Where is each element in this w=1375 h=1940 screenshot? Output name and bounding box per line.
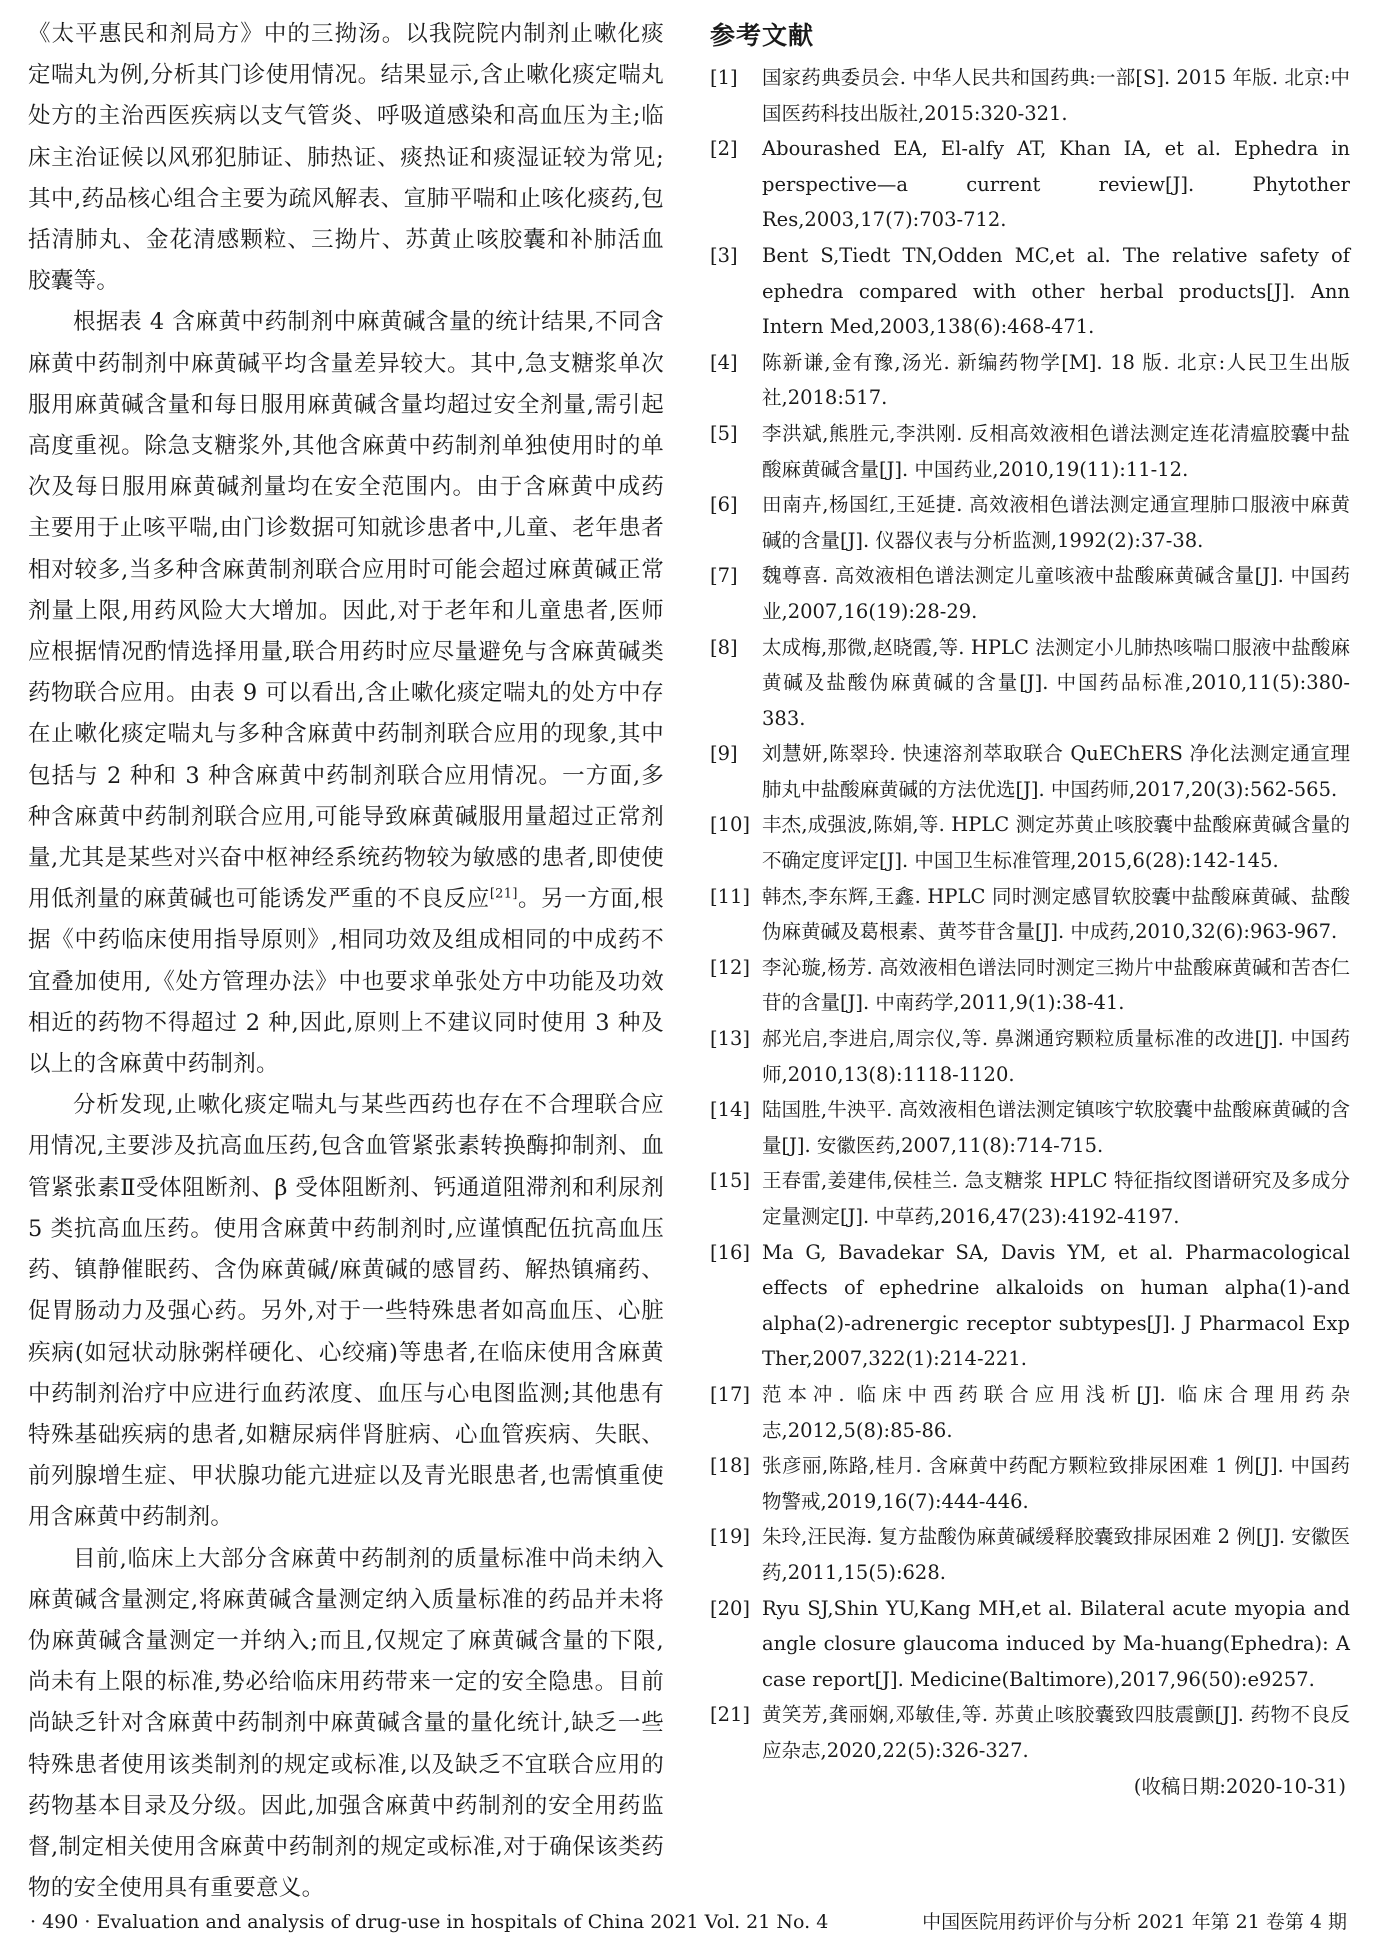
reference-text: 田南卉,杨国红,王延捷. 高效液相色谱法测定通宣理肺口服液中麻黄碱的含量[J].…: [762, 487, 1350, 558]
reference-item: [14]陆国胜,牛泱平. 高效液相色谱法测定镇咳宁软胶囊中盐酸麻黄碱的含量[J]…: [700, 1092, 1350, 1163]
reference-item: [13]郝光启,李进启,周宗仪,等. 鼻渊通窍颗粒质量标准的改进[J]. 中国药…: [700, 1021, 1350, 1092]
reference-number: [18]: [700, 1448, 762, 1519]
reference-number: [6]: [700, 487, 762, 558]
reference-text: 陆国胜,牛泱平. 高效液相色谱法测定镇咳宁软胶囊中盐酸麻黄碱的含量[J]. 安徽…: [762, 1092, 1350, 1163]
reference-number: [9]: [700, 736, 762, 807]
reference-text: Ma G, Bavadekar SA, Davis YM, et al. Pha…: [762, 1235, 1350, 1377]
reference-text: Abourashed EA, El-alfy AT, Khan IA, et a…: [762, 131, 1350, 238]
reference-text: 刘慧妍,陈翠玲. 快速溶剂萃取联合 QuEChERS 净化法测定通宣理肺丸中盐酸…: [762, 736, 1350, 807]
reference-text: 魏尊喜. 高效液相色谱法测定儿童咳液中盐酸麻黄碱含量[J]. 中国药业,2007…: [762, 558, 1350, 629]
reference-text: 黄笑芳,龚丽娴,邓敏佳,等. 苏黄止咳胶囊致四肢震颤[J]. 药物不良反应杂志,…: [762, 1697, 1350, 1768]
reference-number: [14]: [700, 1092, 762, 1163]
reference-number: [20]: [700, 1591, 762, 1698]
paragraph-3: 分析发现,止嗽化痰定喘丸与某些西药也存在不合理联合应用情况,主要涉及抗高血压药,…: [28, 1085, 664, 1538]
reference-number: [11]: [700, 879, 762, 950]
reference-text: Bent S,Tiedt TN,Odden MC,et al. The rela…: [762, 238, 1350, 345]
citation-link[interactable]: [21]: [490, 887, 518, 902]
reference-number: [1]: [700, 60, 762, 131]
reference-text: 朱玲,汪民海. 复方盐酸伪麻黄碱缓释胶囊致排尿困难 2 例[J]. 安徽医药,2…: [762, 1519, 1350, 1590]
references-column: 参考文献 [1]国家药典委员会. 中华人民共和国药典:一部[S]. 2015 年…: [700, 12, 1350, 1805]
reference-item: [19]朱玲,汪民海. 复方盐酸伪麻黄碱缓释胶囊致排尿困难 2 例[J]. 安徽…: [700, 1519, 1350, 1590]
footer-journal-cn: 中国医院用药评价与分析 2021 年第 21 卷第 4 期: [922, 1907, 1347, 1937]
reference-list: [1]国家药典委员会. 中华人民共和国药典:一部[S]. 2015 年版. 北京…: [700, 60, 1350, 1769]
reference-text: 陈新谦,金有豫,汤光. 新编药物学[M]. 18 版. 北京:人民卫生出版社,2…: [762, 345, 1350, 416]
reference-text: 范本冲. 临床中西药联合应用浅析[J]. 临床合理用药杂志,2012,5(8):…: [762, 1377, 1350, 1448]
paragraph-2-body: 根据表 4 含麻黄中药制剂中麻黄碱含量的统计结果,不同含麻黄中药制剂中麻黄碱平均…: [28, 309, 664, 912]
reference-item: [16]Ma G, Bavadekar SA, Davis YM, et al.…: [700, 1235, 1350, 1377]
reference-item: [18]张彦丽,陈路,桂月. 含麻黄中药配方颗粒致排尿困难 1 例[J]. 中国…: [700, 1448, 1350, 1519]
reference-number: [21]: [700, 1697, 762, 1768]
reference-number: [13]: [700, 1021, 762, 1092]
reference-number: [16]: [700, 1235, 762, 1377]
reference-text: 王春雷,姜建伟,侯桂兰. 急支糖浆 HPLC 特征指纹图谱研究及多成分定量测定[…: [762, 1163, 1350, 1234]
page-footer: · 490 · Evaluation and analysis of drug-…: [0, 1907, 1375, 1937]
reference-item: [7]魏尊喜. 高效液相色谱法测定儿童咳液中盐酸麻黄碱含量[J]. 中国药业,2…: [700, 558, 1350, 629]
received-date: (收稿日期:2020-10-31): [700, 1769, 1350, 1805]
reference-text: 张彦丽,陈路,桂月. 含麻黄中药配方颗粒致排尿困难 1 例[J]. 中国药物警戒…: [762, 1448, 1350, 1519]
reference-item: [5]李洪斌,熊胜元,李洪刚. 反相高效液相色谱法测定连花清瘟胶囊中盐酸麻黄碱含…: [700, 416, 1350, 487]
reference-item: [10]丰杰,成强波,陈娟,等. HPLC 测定苏黄止咳胶囊中盐酸麻黄碱含量的不…: [700, 807, 1350, 878]
reference-item: [8]太成梅,那微,赵晓霞,等. HPLC 法测定小儿肺热咳喘口服液中盐酸麻黄碱…: [700, 630, 1350, 737]
reference-number: [12]: [700, 950, 762, 1021]
reference-number: [4]: [700, 345, 762, 416]
reference-number: [15]: [700, 1163, 762, 1234]
reference-item: [3]Bent S,Tiedt TN,Odden MC,et al. The r…: [700, 238, 1350, 345]
reference-item: [6]田南卉,杨国红,王延捷. 高效液相色谱法测定通宣理肺口服液中麻黄碱的含量[…: [700, 487, 1350, 558]
reference-text: 太成梅,那微,赵晓霞,等. HPLC 法测定小儿肺热咳喘口服液中盐酸麻黄碱及盐酸…: [762, 630, 1350, 737]
reference-text: 李沁璇,杨芳. 高效液相色谱法同时测定三拗片中盐酸麻黄碱和苦杏仁苷的含量[J].…: [762, 950, 1350, 1021]
body-text-column: 《太平惠民和剂局方》中的三拗汤。以我院院内制剂止嗽化痰定喘丸为例,分析其门诊使用…: [28, 14, 664, 1909]
paragraph-2-tail: 。另一方面,根据《中药临床使用指导原则》,相同功效及组成相同的中成药不宜叠加使用…: [28, 886, 664, 1077]
reference-number: [3]: [700, 238, 762, 345]
reference-item: [12]李沁璇,杨芳. 高效液相色谱法同时测定三拗片中盐酸麻黄碱和苦杏仁苷的含量…: [700, 950, 1350, 1021]
reference-text: Ryu SJ,Shin YU,Kang MH,et al. Bilateral …: [762, 1591, 1350, 1698]
reference-number: [8]: [700, 630, 762, 737]
reference-item: [4]陈新谦,金有豫,汤光. 新编药物学[M]. 18 版. 北京:人民卫生出版…: [700, 345, 1350, 416]
reference-item: [2]Abourashed EA, El-alfy AT, Khan IA, e…: [700, 131, 1350, 238]
reference-item: [11]韩杰,李东辉,王鑫. HPLC 同时测定感冒软胶囊中盐酸麻黄碱、盐酸伪麻…: [700, 879, 1350, 950]
paragraph-1: 《太平惠民和剂局方》中的三拗汤。以我院院内制剂止嗽化痰定喘丸为例,分析其门诊使用…: [28, 14, 664, 302]
reference-item: [1]国家药典委员会. 中华人民共和国药典:一部[S]. 2015 年版. 北京…: [700, 60, 1350, 131]
reference-number: [19]: [700, 1519, 762, 1590]
paragraph-2: 根据表 4 含麻黄中药制剂中麻黄碱含量的统计结果,不同含麻黄中药制剂中麻黄碱平均…: [28, 302, 664, 1085]
references-heading: 参考文献: [710, 18, 1350, 54]
reference-item: [15]王春雷,姜建伟,侯桂兰. 急支糖浆 HPLC 特征指纹图谱研究及多成分定…: [700, 1163, 1350, 1234]
reference-text: 李洪斌,熊胜元,李洪刚. 反相高效液相色谱法测定连花清瘟胶囊中盐酸麻黄碱含量[J…: [762, 416, 1350, 487]
footer-journal-en: · 490 · Evaluation and analysis of drug-…: [30, 1907, 828, 1937]
paragraph-4: 目前,临床上大部分含麻黄中药制剂的质量标准中尚未纳入麻黄碱含量测定,将麻黄碱含量…: [28, 1539, 664, 1910]
reference-item: [9]刘慧妍,陈翠玲. 快速溶剂萃取联合 QuEChERS 净化法测定通宣理肺丸…: [700, 736, 1350, 807]
reference-text: 郝光启,李进启,周宗仪,等. 鼻渊通窍颗粒质量标准的改进[J]. 中国药师,20…: [762, 1021, 1350, 1092]
reference-item: [21]黄笑芳,龚丽娴,邓敏佳,等. 苏黄止咳胶囊致四肢震颤[J]. 药物不良反…: [700, 1697, 1350, 1768]
reference-text: 国家药典委员会. 中华人民共和国药典:一部[S]. 2015 年版. 北京:中国…: [762, 60, 1350, 131]
reference-number: [5]: [700, 416, 762, 487]
reference-item: [20]Ryu SJ,Shin YU,Kang MH,et al. Bilate…: [700, 1591, 1350, 1698]
reference-number: [17]: [700, 1377, 762, 1448]
reference-item: [17]范本冲. 临床中西药联合应用浅析[J]. 临床合理用药杂志,2012,5…: [700, 1377, 1350, 1448]
reference-text: 丰杰,成强波,陈娟,等. HPLC 测定苏黄止咳胶囊中盐酸麻黄碱含量的不确定度评…: [762, 807, 1350, 878]
reference-number: [7]: [700, 558, 762, 629]
reference-number: [10]: [700, 807, 762, 878]
reference-text: 韩杰,李东辉,王鑫. HPLC 同时测定感冒软胶囊中盐酸麻黄碱、盐酸伪麻黄碱及葛…: [762, 879, 1350, 950]
reference-number: [2]: [700, 131, 762, 238]
